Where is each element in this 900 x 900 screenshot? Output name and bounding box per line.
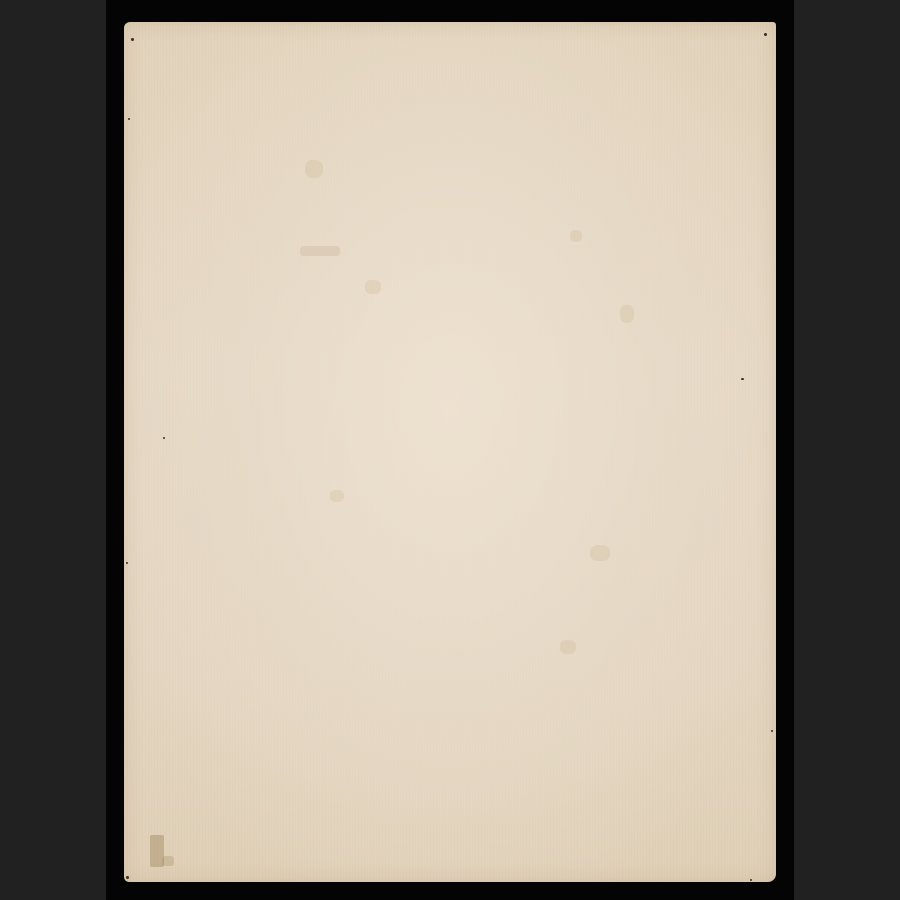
paper-speck (128, 118, 130, 120)
paper-speck (126, 562, 128, 564)
corner-stain (162, 856, 174, 866)
paper-speck (750, 879, 752, 881)
paper-speck (131, 38, 134, 41)
faint-illegible-mark (300, 246, 340, 256)
paper-stain (365, 280, 381, 294)
paper-speck (126, 876, 129, 879)
paper-stain (590, 545, 610, 561)
paper-speck (163, 437, 165, 439)
paper-speck (764, 33, 767, 36)
paper-stain (570, 230, 582, 242)
paper-stain (330, 490, 344, 502)
paper-speck (771, 730, 773, 732)
paper-speck (741, 378, 744, 380)
image-canvas (0, 0, 900, 900)
paper-stain (305, 160, 323, 178)
paper-stain (560, 640, 576, 654)
paper-stain (620, 305, 634, 323)
blank-paper-card (124, 22, 776, 882)
